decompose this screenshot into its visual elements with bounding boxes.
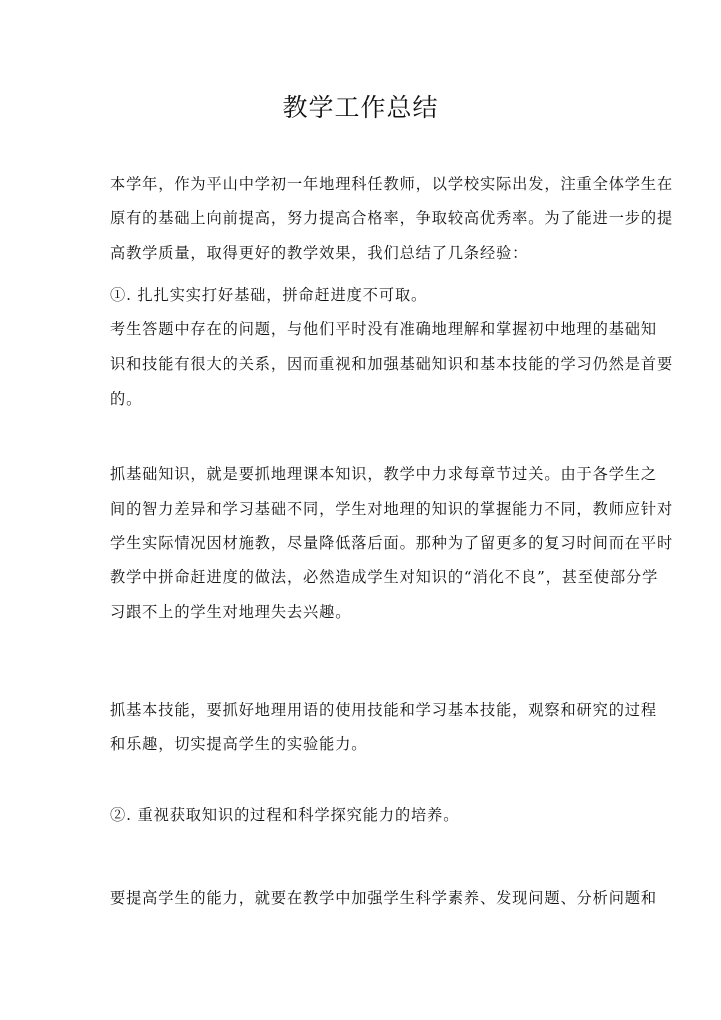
- document-title: 教学工作总结: [0, 88, 721, 124]
- paragraph-line: 原有的基础上向前提高，努力提高合格率，争取较高优秀率。为了能进一步的提: [110, 208, 615, 228]
- paragraph-line: 本学年，作为平山中学初一年地理科任教师，以学校实际出发，注重全体学生在: [110, 174, 615, 194]
- paragraph-line: 抓基础知识，就是要抓地理课本知识，教学中力求每章节过关。由于各学生之: [110, 464, 615, 484]
- paragraph-line: 抓基本技能，要抓好地理用语的使用技能和学习基本技能，观察和研究的过程: [110, 700, 615, 720]
- paragraph-line: 和乐趣，切实提高学生的实验能力。: [110, 734, 615, 754]
- paragraph-line: 识和技能有很大的关系，因而重视和加强基础知识和基本技能的学习仍然是首要: [110, 354, 615, 374]
- paragraph-line: 考生答题中存在的问题，与他们平时没有准确地理解和掌握初中地理的基础知: [110, 319, 615, 339]
- paragraph-line: 学生实际情况因材施教，尽量降低落后面。那种为了留更多的复习时间而在平时: [110, 533, 615, 553]
- paragraph-line: 间的智力差异和学习基础不同，学生对地理的知识的掌握能力不同，教师应针对: [110, 499, 615, 519]
- paragraph-line: 要提高学生的能力，就要在教学中加强学生科学素养、发现问题、分析问题和: [110, 888, 615, 908]
- paragraph-line: 高教学质量，取得更好的教学效果，我们总结了几条经验：: [110, 243, 615, 263]
- paragraph-line: ②. 重视获取知识的过程和科学探究能力的培养。: [110, 805, 615, 825]
- paragraph-line: 习跟不上的学生对地理失去兴趣。: [110, 602, 615, 622]
- paragraph-line: ①. 扎扎实实打好基础，拼命赶进度不可取。: [110, 285, 615, 305]
- paragraph-line: 的。: [110, 389, 615, 409]
- paragraph-line: 教学中拼命赶进度的做法，必然造成学生对知识的“消化不良”，甚至使部分学: [110, 567, 615, 587]
